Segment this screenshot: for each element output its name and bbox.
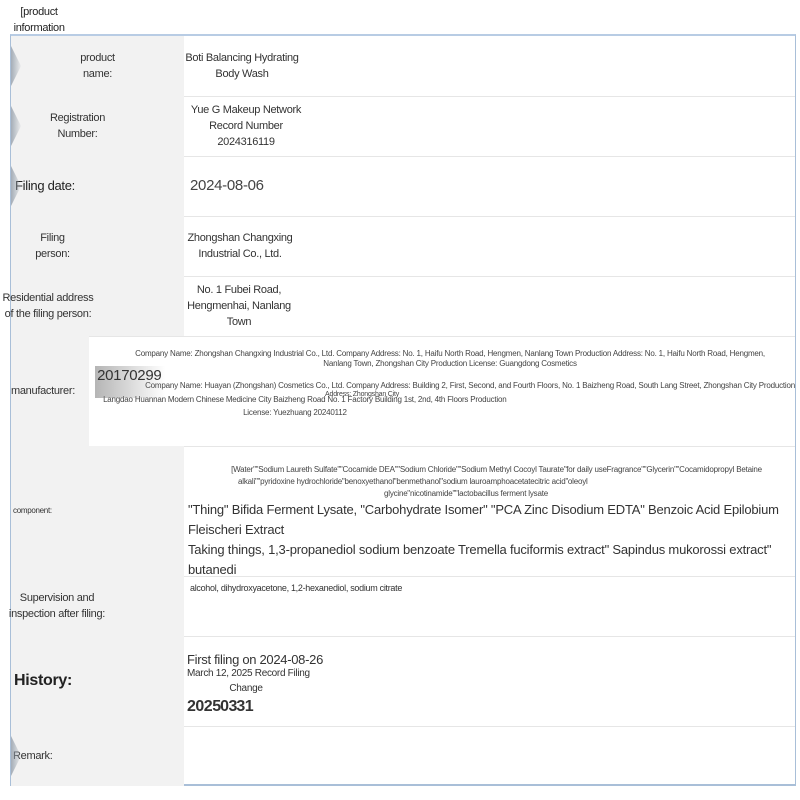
component-label: component: [13, 503, 52, 519]
product-name-label: product name: [68, 50, 128, 82]
row-manufacturer: manufacturer: 20170299 Company Name: Zho… [11, 336, 795, 447]
filing-person-label-cell: Filing person: [11, 216, 184, 276]
row-registration-number: Registration Number: Yue G Makeup Networ… [11, 96, 795, 157]
manufacturer-line-2: Nanlang Town, Zhongshan City Production … [89, 359, 795, 369]
row-marker-icon [11, 736, 21, 776]
remark-value-cell [184, 726, 795, 786]
filing-date-value-cell: 2024-08-06 [184, 156, 795, 216]
registration-number-value-cell: Yue G Makeup Network Record Number 20243… [184, 96, 795, 156]
filing-date-label-cell: Filing date: [11, 156, 184, 216]
manufacturer-line-6: License: Yuezhuang 20240112 [89, 408, 795, 418]
supervision-label: Supervision and inspection after filing: [0, 590, 117, 622]
component-text-line-3: glycine"nicotinamide""lactobacillus fe… [184, 488, 795, 500]
component-text-line-1: [Water""Sodium Laureth Sulfate""Cocami… [184, 464, 795, 476]
row-supervision: Supervision and inspection after filing: [11, 576, 795, 637]
section-title: [product information [10, 4, 68, 36]
manufacturer-line-3: Company Name: Huayan (Zhongshan) Cosmeti… [129, 381, 795, 391]
product-name-value-cell: Boti Balancing Hydrating Body Wash [184, 36, 795, 96]
row-product-name: product name: Boti Balancing Hydrating B… [11, 36, 795, 97]
history-label-cell: History: [11, 636, 184, 726]
manufacturer-line-5: Langdao Huannan Modern Chinese Medicine … [89, 395, 795, 405]
row-history: History: First filing on 2024-08-26 Marc… [11, 636, 795, 727]
residential-address-value: No. 1 Fubei Road, Hengmenhai, Nanlang To… [174, 282, 304, 330]
manufacturer-line-1: Company Name: Zhongshan Changxing Indust… [89, 349, 795, 359]
filing-date-value: 2024-08-06 [184, 178, 264, 194]
registration-number-value: Yue G Makeup Network Record Number 20243… [184, 102, 308, 150]
history-label: History: [13, 673, 72, 689]
component-value-cell: [Water""Sodium Laureth Sulfate""Cocami… [184, 446, 795, 576]
row-filing-person: Filing person: Zhongshan Changxing Indus… [11, 216, 795, 277]
supervision-label-cell: Supervision and inspection after filing: [11, 576, 184, 636]
residential-address-label-cell: Residential address of the filing person… [11, 276, 184, 336]
row-filing-date: Filing date: 2024-08-06 [11, 156, 795, 217]
supervision-value-cell [184, 576, 795, 636]
history-change-date: 20250331 [187, 697, 795, 717]
row-residential-address: Residential address of the filing person… [11, 276, 795, 337]
history-first-filing: First filing on 2024-08-26 [187, 653, 795, 667]
filing-date-label: Filing date: [13, 178, 75, 194]
residential-address-value-cell: No. 1 Fubei Road, Hengmenhai, Nanlang To… [184, 276, 795, 336]
remark-label-cell: Remark: [11, 726, 184, 786]
filing-person-value: Zhongshan Changxing Industrial Co., Ltd. [172, 230, 308, 262]
product-info-table: product name: Boti Balancing Hydrating B… [10, 34, 796, 786]
row-component: component: [Water""Sodium Laureth Sulfa… [11, 446, 795, 577]
row-marker-icon [11, 46, 21, 86]
history-value-cell: First filing on 2024-08-26 March 12, 202… [184, 636, 795, 726]
registration-number-label: Registration Number: [43, 110, 113, 142]
component-text-line-5: Taking things, 1,3-propanediol sodium be… [184, 540, 795, 580]
component-text-line-2: alkali""pyridoxine hydrochloride"benox… [184, 476, 795, 488]
registration-number-label-cell: Registration Number: [11, 96, 184, 156]
component-label-cell: component: [11, 446, 184, 576]
component-text-line-4: "Thing" Bifida Ferment Lysate, "Carbohyd… [184, 500, 795, 540]
product-name-value: Boti Balancing Hydrating Body Wash [184, 50, 300, 82]
row-marker-icon [11, 106, 21, 146]
row-marker-icon [11, 166, 21, 206]
filing-person-label: Filing person: [33, 230, 73, 262]
product-name-label-cell: product name: [11, 36, 184, 96]
history-record-filing: March 12, 2025 Record Filing [187, 667, 795, 681]
history-change: Change [187, 681, 305, 697]
residential-address-label: Residential address of the filing person… [0, 290, 97, 322]
row-remark: Remark: [11, 726, 795, 786]
filing-person-value-cell: Zhongshan Changxing Industrial Co., Ltd. [184, 216, 795, 276]
manufacturer-value-cell: 20170299 Company Name: Zhongshan Changxi… [89, 336, 795, 446]
manufacturer-code: 20170299 [95, 366, 165, 398]
